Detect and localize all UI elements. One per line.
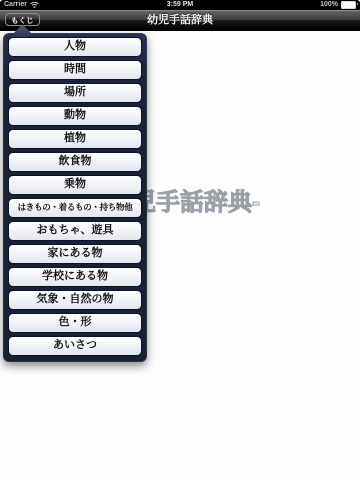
menu-item[interactable]: 家にある物	[8, 244, 142, 264]
menu-item[interactable]: おもちゃ、遊具	[8, 221, 142, 241]
menu-item[interactable]: はきもの・着るもの・持ち物他	[8, 198, 142, 218]
menu-item[interactable]: 動物	[8, 106, 142, 126]
menu-item[interactable]: 人物	[8, 37, 142, 57]
battery-icon	[341, 1, 356, 9]
menu-item[interactable]: 色・形	[8, 313, 142, 333]
toc-button[interactable]: もくじ	[5, 13, 40, 26]
menu-item[interactable]: 時間	[8, 60, 142, 80]
battery-percent-label: 100%	[320, 0, 338, 10]
page-title: 幼児手話辞典	[0, 10, 360, 30]
menu-item[interactable]: 飲食物	[8, 152, 142, 172]
menu-item[interactable]: あいさつ	[8, 336, 142, 356]
clock-label: 3:59 PM	[0, 0, 360, 10]
status-bar: Carrier 3:59 PM 100%	[0, 0, 360, 10]
menu-item[interactable]: 植物	[8, 129, 142, 149]
menu-item[interactable]: 気象・自然の物	[8, 290, 142, 310]
menu-item[interactable]: 場所	[8, 83, 142, 103]
toc-popover: 人物時間場所動物植物飲食物乗物はきもの・着るもの・持ち物他おもちゃ、遊具家にある…	[3, 33, 147, 362]
toc-popover-menu: 人物時間場所動物植物飲食物乗物はきもの・着るもの・持ち物他おもちゃ、遊具家にある…	[8, 37, 142, 356]
menu-item[interactable]: 乗物	[8, 175, 142, 195]
app-screen: Carrier 3:59 PM 100% 幼児手話辞典 もくじ -幼児手話辞典-…	[0, 0, 360, 480]
navigation-bar: 幼児手話辞典 もくじ	[0, 10, 360, 31]
menu-item[interactable]: 学校にある物	[8, 267, 142, 287]
